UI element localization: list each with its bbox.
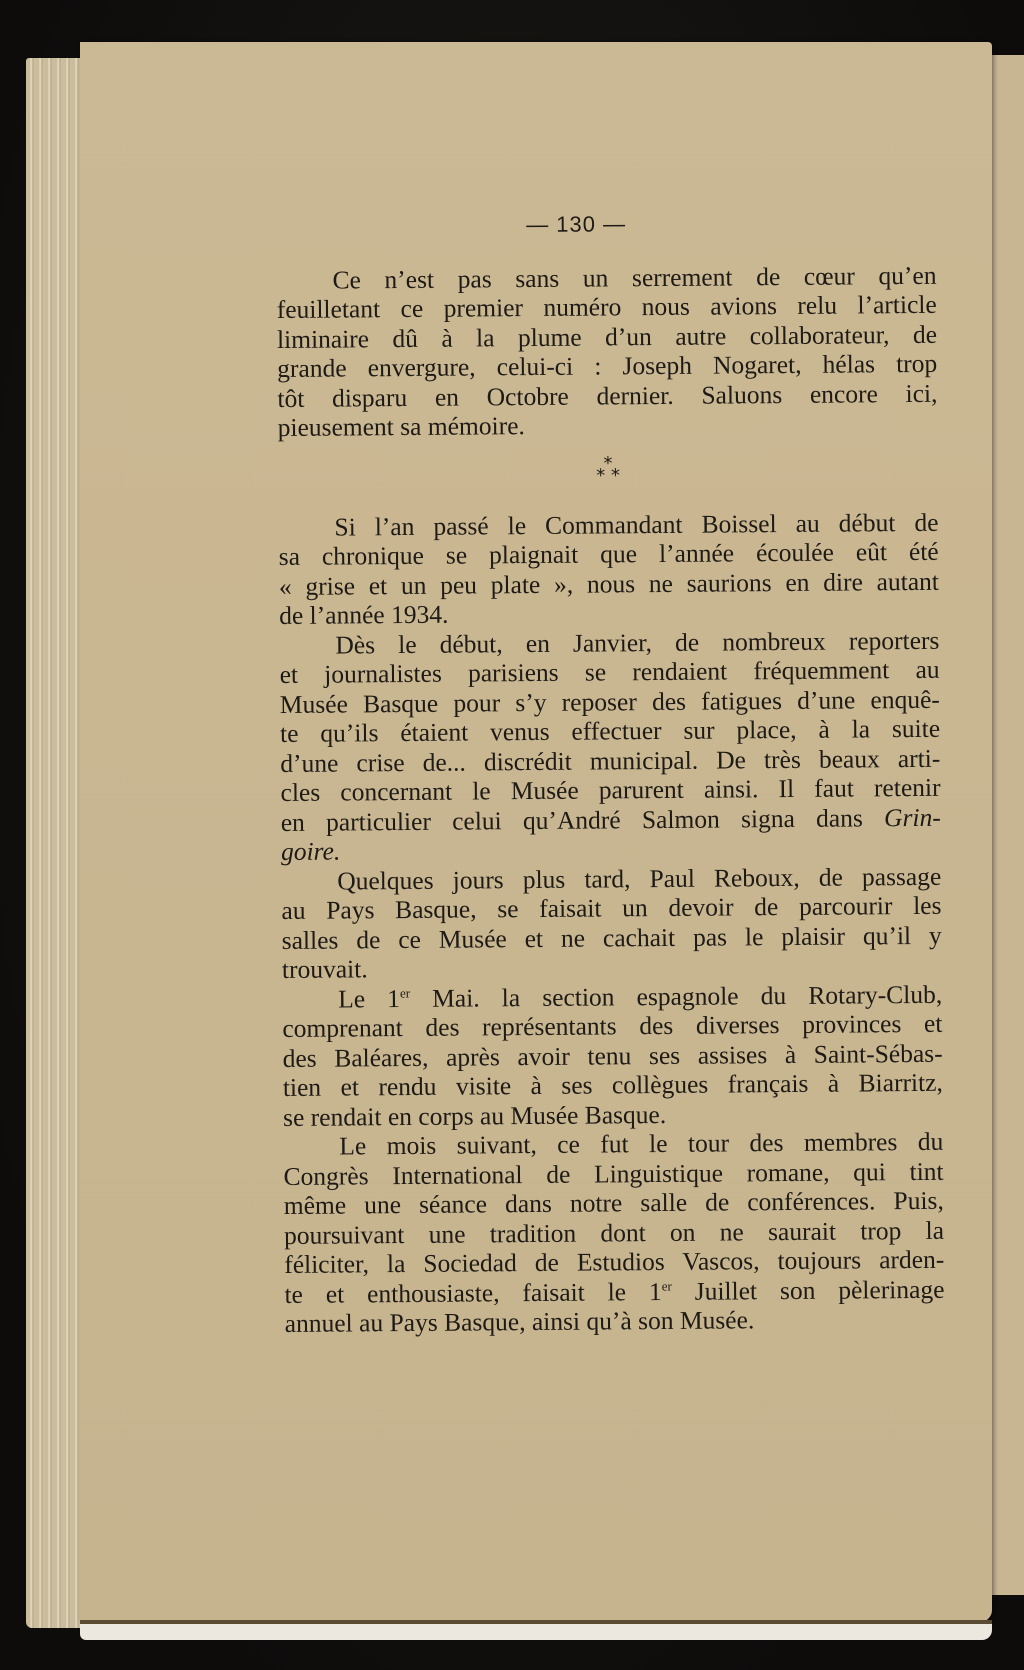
- italic-title-fragment: Grin-: [884, 802, 941, 831]
- paragraph-2: Si l’an passé le Commandant Boissel au d…: [278, 507, 939, 630]
- paragraph-4: Quelques jours plus tard, Paul Reboux, d…: [281, 861, 942, 984]
- page-number: — 130 —: [216, 207, 936, 242]
- paragraph-3: Dès le début, en Janvier, de nombreux re…: [279, 625, 941, 866]
- italic-title-fragment: goire.: [281, 837, 340, 866]
- section-separator-asterism: * * *: [278, 455, 938, 484]
- paragraph-5: Le 1er Mai. la section espagnole du Rota…: [282, 979, 943, 1132]
- line-with-italic: en particulier celui qu’André Salmon sig…: [281, 802, 941, 837]
- page-content: — 130 — Ce n’est pas sans un serrement d…: [276, 207, 945, 1339]
- paragraph-6: Le mois suivant, ce fut le tour des memb…: [283, 1127, 945, 1339]
- adjacent-page-edge: [990, 55, 1024, 1595]
- paragraph-1: Ce n’est pas sans un serrement de cœur q…: [276, 260, 937, 442]
